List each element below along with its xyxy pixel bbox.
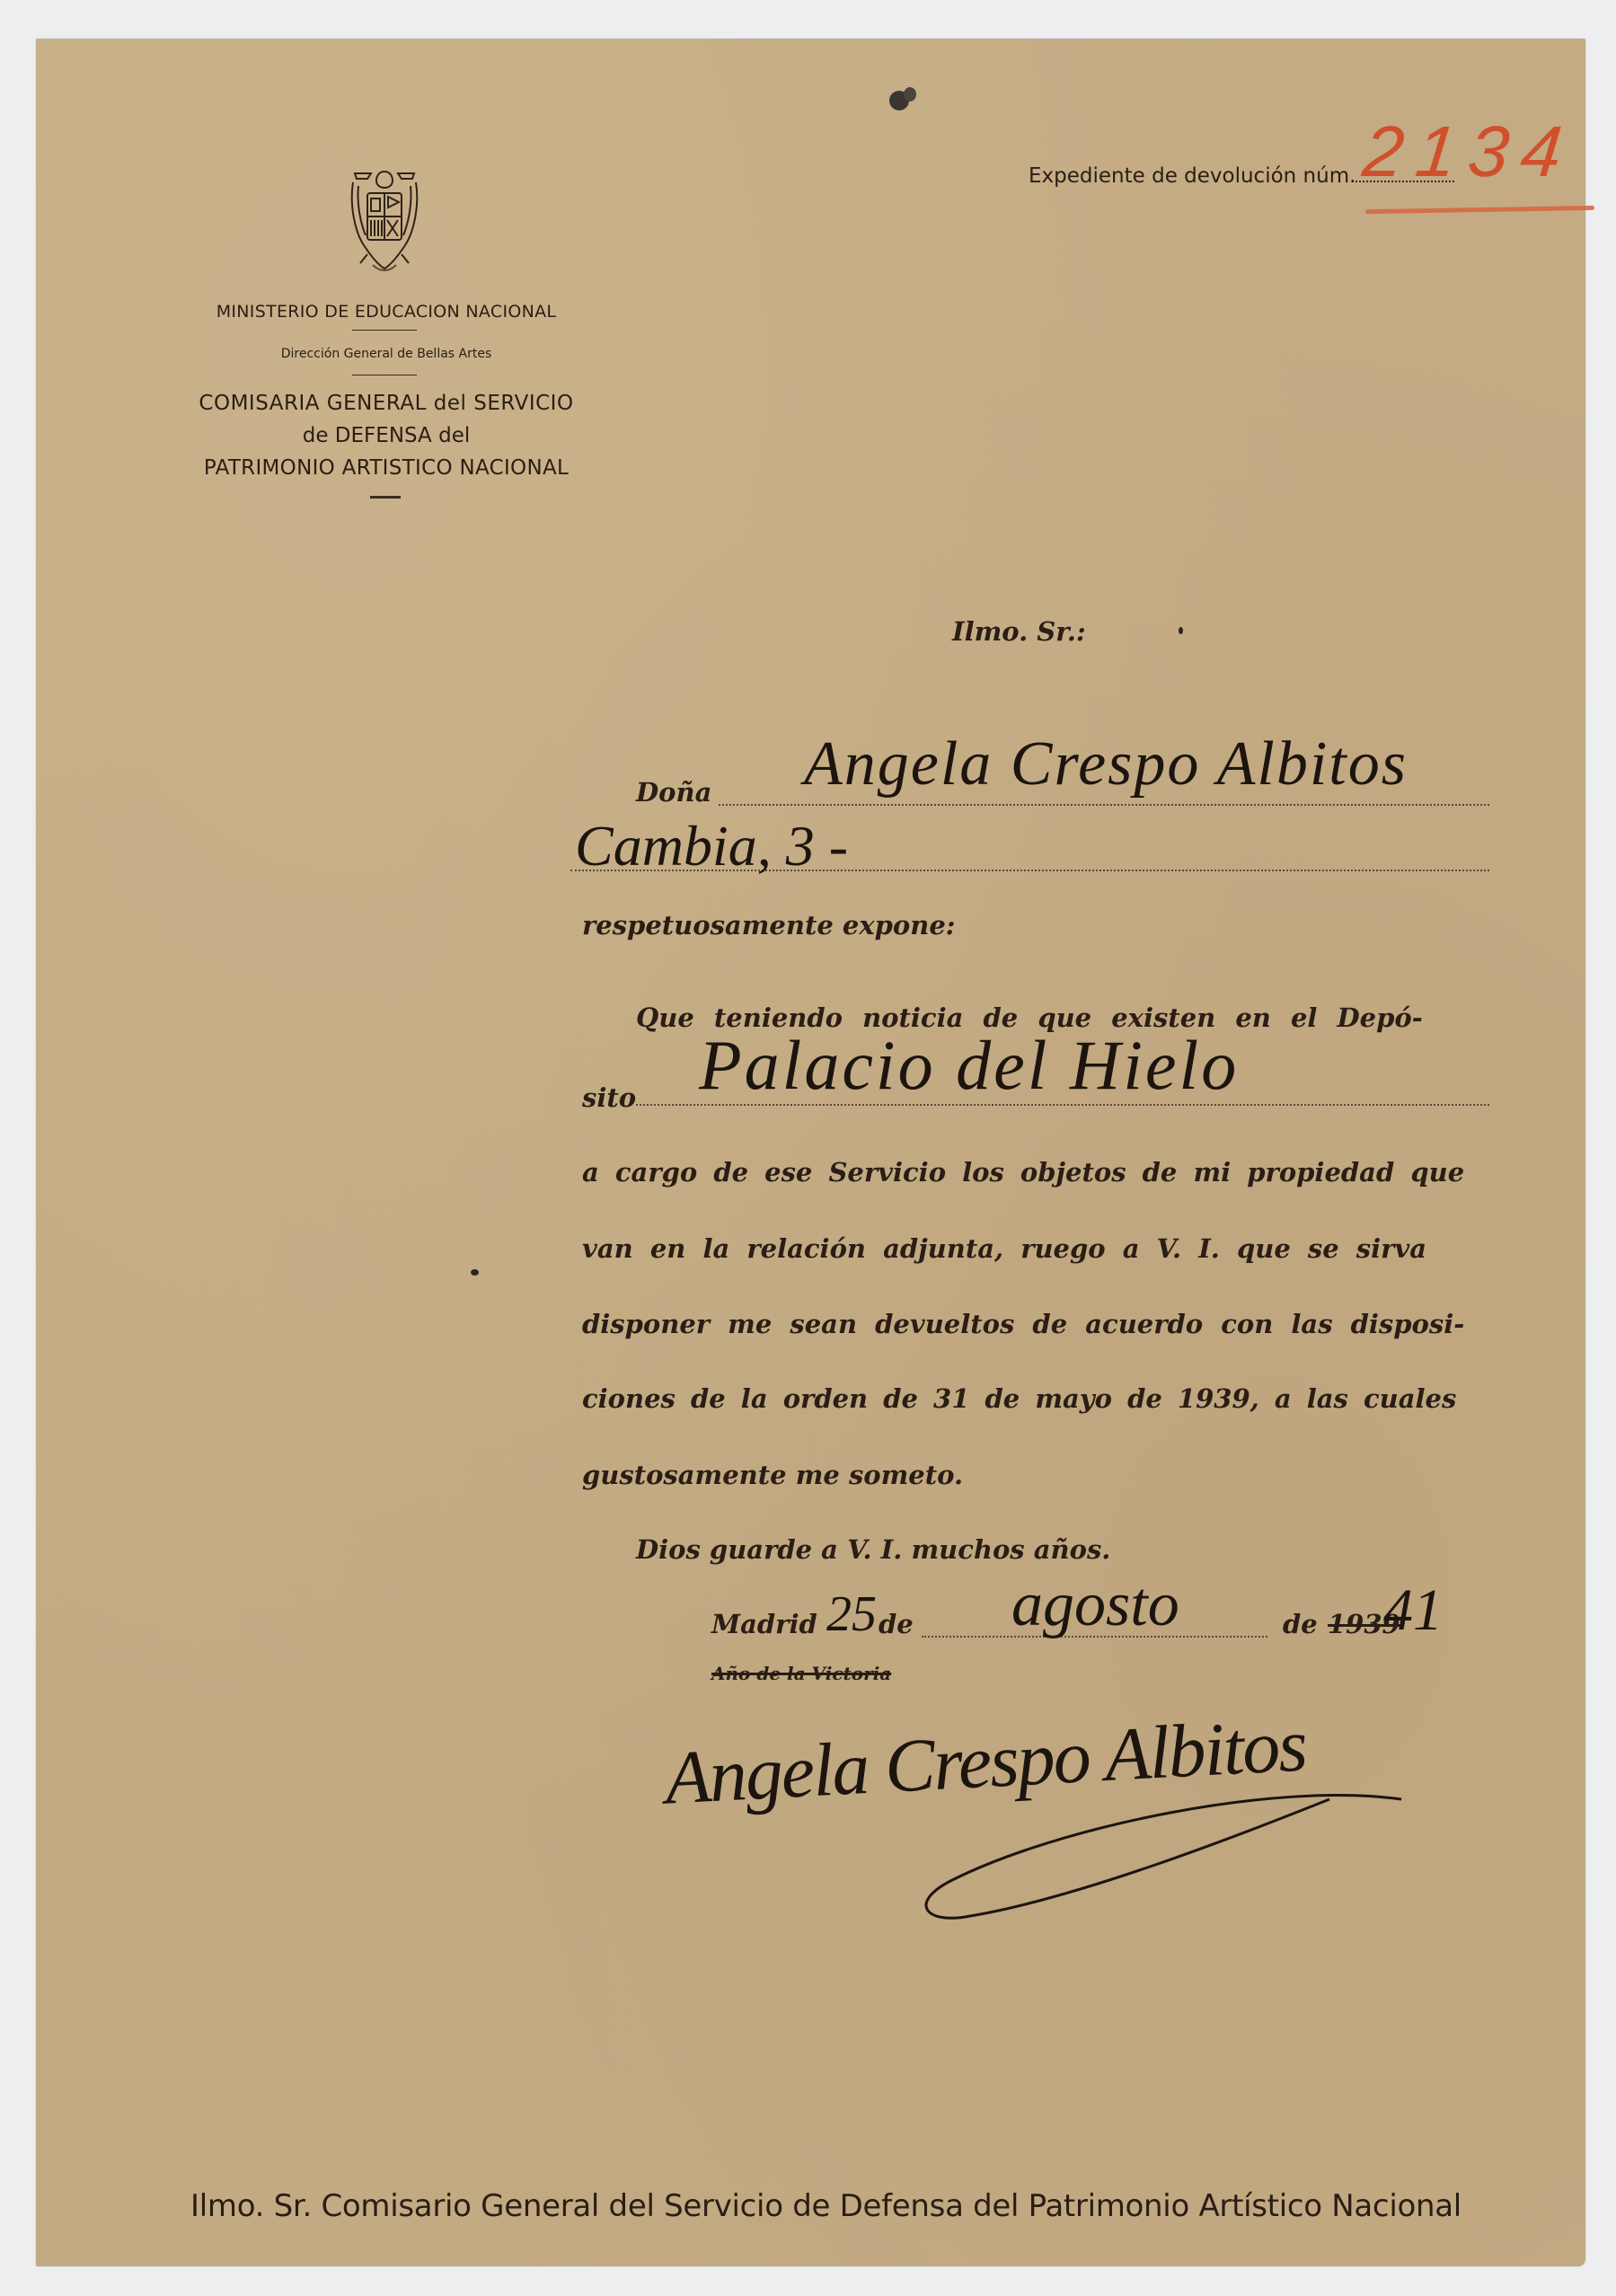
- coat-of-arms-icon: [346, 164, 423, 281]
- file-reference-label: Expediente de devolución núm.: [1029, 164, 1355, 188]
- divider: [352, 375, 417, 375]
- closing-text: Dios guarde a V. I. muchos años.: [636, 1534, 1110, 1565]
- commission-line-2: de DEFENSA del: [162, 424, 611, 447]
- deposit-name: Palacio del Hielo: [699, 1025, 1239, 1106]
- date-month: agosto: [1011, 1569, 1179, 1641]
- dona-label: Doña: [636, 777, 711, 808]
- date-de-1: de: [879, 1609, 914, 1639]
- commission-line-1: COMISARIA GENERAL del SERVICIO: [162, 392, 611, 415]
- speck: [1179, 627, 1183, 634]
- commission-line-3: PATRIMONIO ARTISTICO NACIONAL: [162, 456, 611, 480]
- expone-text: respetuosamente expone:: [582, 910, 956, 940]
- body-line-5: disponer me sean devueltos de acuerdo co…: [582, 1309, 1464, 1339]
- date-city: Madrid: [711, 1609, 817, 1639]
- red-underline: [1365, 206, 1594, 214]
- struck-victory-year: Año de la Victoria: [711, 1663, 891, 1684]
- petitioner-address: Cambia, 3 -: [575, 813, 848, 879]
- body-line-7: gustosamente me someto.: [582, 1460, 963, 1490]
- date-de-2: de: [1283, 1609, 1318, 1639]
- speck: [471, 1269, 479, 1276]
- document-page: MINISTERIO DE EDUCACION NACIONAL Direcci…: [36, 39, 1585, 2266]
- divider: [370, 496, 401, 499]
- petitioner-name: Angela Crespo Albitos: [804, 729, 1408, 800]
- salutation: Ilmo. Sr.:: [952, 616, 1086, 647]
- body-line-4: van en la relación adjunta, ruego a V. I…: [582, 1233, 1426, 1264]
- signature-flourish: [898, 1745, 1419, 1925]
- divider: [352, 330, 417, 331]
- date-day: 25: [826, 1585, 877, 1643]
- directorate-name: Dirección General de Bellas Artes: [162, 347, 611, 361]
- ink-stain: [904, 87, 916, 102]
- body-line-6: ciones de la orden de 31 de mayo de 1939…: [582, 1383, 1456, 1414]
- body-line-2-prefix: sito: [582, 1082, 636, 1113]
- ministry-name: MINISTERIO DE EDUCACION NACIONAL: [162, 302, 611, 322]
- file-number: 2134: [1359, 110, 1578, 193]
- addressee-footer: Ilmo. Sr. Comisario General del Servicio…: [190, 2188, 1461, 2224]
- body-line-3: a cargo de ese Servicio los objetos de m…: [582, 1157, 1464, 1188]
- date-year-handwritten: 41: [1383, 1576, 1443, 1645]
- name-line: [719, 804, 1489, 806]
